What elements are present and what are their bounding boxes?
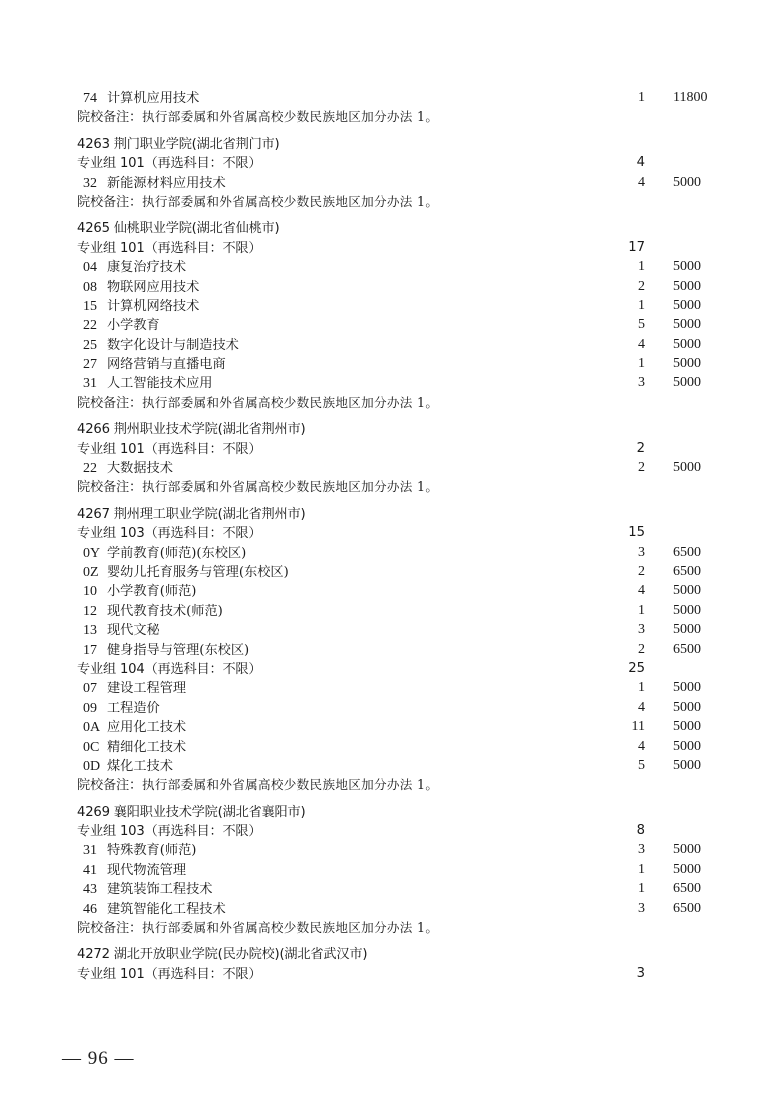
tuition-fee: 5000 bbox=[673, 678, 701, 697]
school-header: 4267 荆州理工职业学院(湖北省荆州市) bbox=[77, 504, 727, 523]
major-group-row: 专业组 101（再选科目：不限）3 bbox=[77, 964, 727, 983]
major-code: 0Z bbox=[77, 563, 107, 582]
major-group-row: 专业组 101（再选科目：不限）4 bbox=[77, 153, 727, 172]
major-row: 12现代教育技术(师范)15000 bbox=[77, 601, 727, 620]
tuition-fee: 5000 bbox=[673, 737, 701, 756]
major-code: 0C bbox=[77, 738, 107, 757]
school-note: 院校备注：执行部委属和外省属高校少数民族地区加分办法 1。 bbox=[77, 775, 727, 794]
major-name: 工程造价 bbox=[107, 701, 160, 716]
major-plan-count: 3 bbox=[617, 899, 645, 918]
major-name: 特殊教育(师范) bbox=[107, 843, 196, 858]
major-plan-count: 3 bbox=[617, 840, 645, 859]
major-plan-count: 1 bbox=[617, 296, 645, 315]
major-plan-count: 1 bbox=[617, 601, 645, 620]
major-code: 31 bbox=[77, 841, 107, 860]
group-plan-count: 8 bbox=[617, 821, 645, 840]
school-note-text: 执行部委属和外省属高校少数民族地区加分办法 1。 bbox=[142, 395, 438, 410]
school-name: 4265 仙桃职业学院(湖北省仙桃市) bbox=[77, 221, 280, 236]
major-plan-count: 3 bbox=[617, 543, 645, 562]
major-code: 0A bbox=[77, 718, 107, 737]
major-code: 13 bbox=[77, 621, 107, 640]
major-group-label: 专业组 101（再选科目：不限） bbox=[77, 241, 261, 256]
major-name: 计算机应用技术 bbox=[107, 91, 199, 106]
tuition-fee: 5000 bbox=[673, 315, 701, 334]
school-name: 4272 湖北开放职业学院(民办院校)(湖北省武汉市) bbox=[77, 947, 367, 962]
major-code: 25 bbox=[77, 336, 107, 355]
major-row: 07建设工程管理15000 bbox=[77, 678, 727, 697]
major-group-row: 专业组 103（再选科目：不限）15 bbox=[77, 523, 727, 542]
major-plan-count: 2 bbox=[617, 562, 645, 581]
school-header: 4272 湖北开放职业学院(民办院校)(湖北省武汉市) bbox=[77, 944, 727, 963]
school-note-label: 院校备注： bbox=[77, 778, 142, 793]
school-note-label: 院校备注： bbox=[77, 110, 142, 125]
group-plan-count: 17 bbox=[617, 238, 645, 257]
page-number: — 96 — bbox=[62, 1048, 135, 1070]
major-code: 22 bbox=[77, 459, 107, 478]
major-plan-count: 4 bbox=[617, 737, 645, 756]
school-header: 4266 荆州职业技术学院(湖北省荆州市) bbox=[77, 419, 727, 438]
major-plan-count: 1 bbox=[617, 860, 645, 879]
major-name: 现代物流管理 bbox=[107, 863, 186, 878]
major-group-label: 专业组 101（再选科目：不限） bbox=[77, 442, 261, 457]
major-row: 22大数据技术25000 bbox=[77, 458, 727, 477]
school-note-text: 执行部委属和外省属高校少数民族地区加分办法 1。 bbox=[142, 109, 438, 124]
school-header: 4265 仙桃职业学院(湖北省仙桃市) bbox=[77, 218, 727, 237]
major-group-label: 专业组 101（再选科目：不限） bbox=[77, 156, 261, 171]
major-row: 17健身指导与管理(东校区)26500 bbox=[77, 640, 727, 659]
school-name: 4266 荆州职业技术学院(湖北省荆州市) bbox=[77, 422, 305, 437]
major-row: 08物联网应用技术25000 bbox=[77, 277, 727, 296]
major-group-label: 专业组 104（再选科目：不限） bbox=[77, 662, 261, 677]
tuition-fee: 5000 bbox=[673, 354, 701, 373]
school-note: 院校备注：执行部委属和外省属高校少数民族地区加分办法 1。 bbox=[77, 393, 727, 412]
tuition-fee: 5000 bbox=[673, 173, 701, 192]
major-plan-count: 2 bbox=[617, 458, 645, 477]
major-name: 建筑智能化工程技术 bbox=[107, 902, 226, 917]
tuition-fee: 5000 bbox=[673, 601, 701, 620]
tuition-fee: 5000 bbox=[673, 373, 701, 392]
major-name: 建设工程管理 bbox=[107, 681, 186, 696]
major-plan-count: 1 bbox=[617, 88, 645, 107]
major-code: 27 bbox=[77, 355, 107, 374]
school-note: 院校备注：执行部委属和外省属高校少数民族地区加分办法 1。 bbox=[77, 918, 727, 937]
school-note: 院校备注：执行部委属和外省属高校少数民族地区加分办法 1。 bbox=[77, 477, 727, 496]
major-row: 0C精细化工技术45000 bbox=[77, 737, 727, 756]
school-note: 院校备注：执行部委属和外省属高校少数民族地区加分办法 1。 bbox=[77, 192, 727, 211]
major-plan-count: 2 bbox=[617, 640, 645, 659]
major-row: 04康复治疗技术15000 bbox=[77, 257, 727, 276]
major-row: 31人工智能技术应用35000 bbox=[77, 373, 727, 392]
school-note-label: 院校备注： bbox=[77, 195, 142, 210]
major-code: 0Y bbox=[77, 544, 107, 563]
major-row: 09工程造价45000 bbox=[77, 698, 727, 717]
major-code: 08 bbox=[77, 278, 107, 297]
tuition-fee: 6500 bbox=[673, 879, 701, 898]
major-code: 09 bbox=[77, 699, 107, 718]
major-group-label: 专业组 103（再选科目：不限） bbox=[77, 824, 261, 839]
major-plan-count: 4 bbox=[617, 173, 645, 192]
school-note-text: 执行部委属和外省属高校少数民族地区加分办法 1。 bbox=[142, 194, 438, 209]
tuition-fee: 11800 bbox=[673, 88, 707, 107]
major-name: 计算机网络技术 bbox=[107, 299, 199, 314]
major-group-row: 专业组 101（再选科目：不限）17 bbox=[77, 238, 727, 257]
tuition-fee: 6500 bbox=[673, 543, 701, 562]
major-group-row: 专业组 101（再选科目：不限）2 bbox=[77, 439, 727, 458]
major-row: 10小学教育(师范)45000 bbox=[77, 581, 727, 600]
school-header: 4269 襄阳职业技术学院(湖北省襄阳市) bbox=[77, 802, 727, 821]
major-name: 康复治疗技术 bbox=[107, 260, 186, 275]
group-plan-count: 25 bbox=[617, 659, 645, 678]
school-name: 4269 襄阳职业技术学院(湖北省襄阳市) bbox=[77, 805, 305, 820]
major-row: 0A应用化工技术115000 bbox=[77, 717, 727, 736]
major-plan-count: 1 bbox=[617, 354, 645, 373]
tuition-fee: 5000 bbox=[673, 257, 701, 276]
major-row: 74计算机应用技术111800 bbox=[77, 88, 727, 107]
major-row: 43建筑装饰工程技术16500 bbox=[77, 879, 727, 898]
tuition-fee: 5000 bbox=[673, 717, 701, 736]
major-row: 15计算机网络技术15000 bbox=[77, 296, 727, 315]
tuition-fee: 5000 bbox=[673, 581, 701, 600]
major-name: 小学教育 bbox=[107, 318, 160, 333]
tuition-fee: 5000 bbox=[673, 756, 701, 775]
tuition-fee: 5000 bbox=[673, 296, 701, 315]
tuition-fee: 6500 bbox=[673, 562, 701, 581]
major-row: 0Y学前教育(师范)(东校区)36500 bbox=[77, 543, 727, 562]
major-code: 41 bbox=[77, 861, 107, 880]
school-note-label: 院校备注： bbox=[77, 921, 142, 936]
major-name: 现代教育技术(师范) bbox=[107, 604, 223, 619]
major-plan-count: 3 bbox=[617, 620, 645, 639]
major-name: 健身指导与管理(东校区) bbox=[107, 643, 249, 658]
tuition-fee: 5000 bbox=[673, 698, 701, 717]
tuition-fee: 6500 bbox=[673, 640, 701, 659]
major-plan-count: 4 bbox=[617, 698, 645, 717]
major-code: 12 bbox=[77, 602, 107, 621]
major-name: 人工智能技术应用 bbox=[107, 376, 213, 391]
major-name: 建筑装饰工程技术 bbox=[107, 882, 213, 897]
tuition-fee: 5000 bbox=[673, 620, 701, 639]
major-row: 27网络营销与直播电商15000 bbox=[77, 354, 727, 373]
major-name: 物联网应用技术 bbox=[107, 280, 199, 295]
major-row: 13现代文秘35000 bbox=[77, 620, 727, 639]
group-plan-count: 2 bbox=[617, 439, 645, 458]
enrollment-listing: 74计算机应用技术111800院校备注：执行部委属和外省属高校少数民族地区加分办… bbox=[77, 88, 727, 983]
major-code: 10 bbox=[77, 582, 107, 601]
tuition-fee: 5000 bbox=[673, 458, 701, 477]
major-row: 31特殊教育(师范)35000 bbox=[77, 840, 727, 859]
school-note-text: 执行部委属和外省属高校少数民族地区加分办法 1。 bbox=[142, 479, 438, 494]
major-code: 31 bbox=[77, 374, 107, 393]
tuition-fee: 5000 bbox=[673, 277, 701, 296]
major-code: 43 bbox=[77, 880, 107, 899]
major-row: 41现代物流管理15000 bbox=[77, 860, 727, 879]
group-plan-count: 3 bbox=[617, 964, 645, 983]
major-name: 新能源材料应用技术 bbox=[107, 176, 226, 191]
school-note: 院校备注：执行部委属和外省属高校少数民族地区加分办法 1。 bbox=[77, 107, 727, 126]
tuition-fee: 5000 bbox=[673, 840, 701, 859]
group-plan-count: 15 bbox=[617, 523, 645, 542]
major-name: 现代文秘 bbox=[107, 623, 160, 638]
school-note-text: 执行部委属和外省属高校少数民族地区加分办法 1。 bbox=[142, 920, 438, 935]
school-note-label: 院校备注： bbox=[77, 396, 142, 411]
school-header: 4263 荆门职业学院(湖北省荆门市) bbox=[77, 134, 727, 153]
major-group-row: 专业组 103（再选科目：不限）8 bbox=[77, 821, 727, 840]
major-code: 22 bbox=[77, 316, 107, 335]
major-plan-count: 11 bbox=[617, 717, 645, 736]
tuition-fee: 5000 bbox=[673, 335, 701, 354]
major-name: 数字化设计与制造技术 bbox=[107, 338, 239, 353]
major-code: 07 bbox=[77, 679, 107, 698]
major-name: 煤化工技术 bbox=[107, 759, 173, 774]
major-plan-count: 1 bbox=[617, 678, 645, 697]
school-name: 4267 荆州理工职业学院(湖北省荆州市) bbox=[77, 507, 305, 522]
major-plan-count: 1 bbox=[617, 879, 645, 898]
school-note-text: 执行部委属和外省属高校少数民族地区加分办法 1。 bbox=[142, 777, 438, 792]
major-plan-count: 5 bbox=[617, 315, 645, 334]
major-group-row: 专业组 104（再选科目：不限）25 bbox=[77, 659, 727, 678]
major-code: 0D bbox=[77, 757, 107, 776]
tuition-fee: 6500 bbox=[673, 899, 701, 918]
major-plan-count: 5 bbox=[617, 756, 645, 775]
major-code: 32 bbox=[77, 174, 107, 193]
major-code: 04 bbox=[77, 258, 107, 277]
major-name: 精细化工技术 bbox=[107, 740, 186, 755]
major-code: 74 bbox=[77, 89, 107, 108]
school-note-label: 院校备注： bbox=[77, 480, 142, 495]
major-name: 小学教育(师范) bbox=[107, 584, 196, 599]
major-name: 大数据技术 bbox=[107, 461, 173, 476]
major-code: 15 bbox=[77, 297, 107, 316]
major-plan-count: 3 bbox=[617, 373, 645, 392]
major-plan-count: 2 bbox=[617, 277, 645, 296]
major-plan-count: 4 bbox=[617, 581, 645, 600]
major-name: 学前教育(师范)(东校区) bbox=[107, 546, 246, 561]
school-name: 4263 荆门职业学院(湖北省荆门市) bbox=[77, 137, 280, 152]
major-group-label: 专业组 103（再选科目：不限） bbox=[77, 526, 261, 541]
major-row: 32新能源材料应用技术45000 bbox=[77, 173, 727, 192]
major-row: 0Z婴幼儿托育服务与管理(东校区)26500 bbox=[77, 562, 727, 581]
major-plan-count: 4 bbox=[617, 335, 645, 354]
major-row: 25数字化设计与制造技术45000 bbox=[77, 335, 727, 354]
major-name: 网络营销与直播电商 bbox=[107, 357, 226, 372]
major-group-label: 专业组 101（再选科目：不限） bbox=[77, 967, 261, 982]
major-code: 46 bbox=[77, 900, 107, 919]
major-name: 婴幼儿托育服务与管理(东校区) bbox=[107, 565, 289, 580]
major-name: 应用化工技术 bbox=[107, 720, 186, 735]
major-plan-count: 1 bbox=[617, 257, 645, 276]
major-row: 22小学教育55000 bbox=[77, 315, 727, 334]
major-row: 0D煤化工技术55000 bbox=[77, 756, 727, 775]
tuition-fee: 5000 bbox=[673, 860, 701, 879]
major-code: 17 bbox=[77, 641, 107, 660]
major-row: 46建筑智能化工程技术36500 bbox=[77, 899, 727, 918]
group-plan-count: 4 bbox=[617, 153, 645, 172]
